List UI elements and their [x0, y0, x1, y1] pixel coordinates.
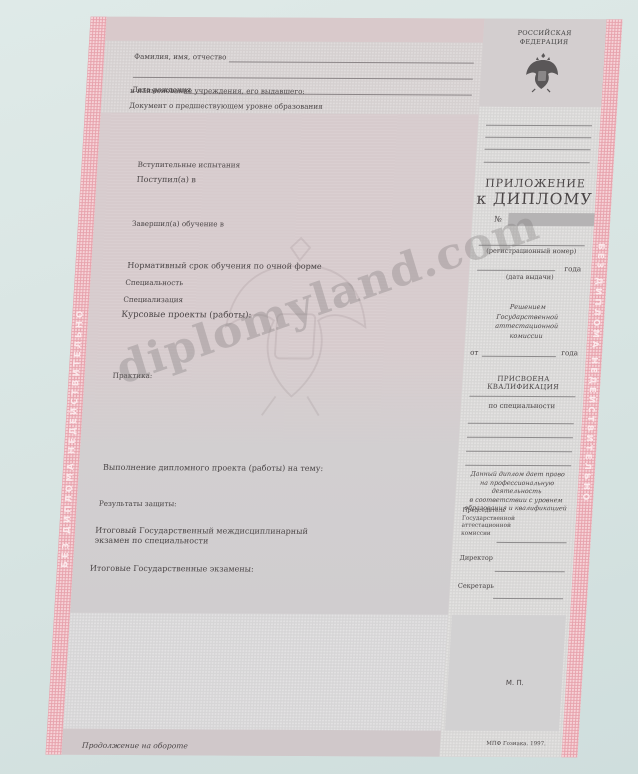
continued-note: Продолжение на обороте [82, 741, 188, 751]
final-exam-label: Итоговый Государственный междисциплинарн… [95, 526, 308, 536]
footer-band: Продолжение на обороте [62, 729, 441, 757]
emblem-header: РОССИЙСКАЯ ФЕДЕРАЦИЯ [479, 19, 606, 108]
document-title-line1: ПРИЛОЖЕНИЕ [474, 177, 597, 191]
seal-label: М. П. [506, 679, 524, 687]
director-label: Директор [459, 554, 493, 562]
specialty-label: Специальность [125, 278, 183, 287]
defense-results-label: Результаты защиты: [99, 499, 177, 508]
chairman-label: Председатель Государственной аттестацион… [461, 508, 516, 538]
full-name-field-line2[interactable] [133, 77, 473, 80]
decision-year-suffix: года [561, 348, 578, 357]
qualification-field[interactable] [469, 396, 575, 398]
eagle-watermark-icon [210, 231, 382, 422]
practice-label: Практика: [112, 371, 152, 380]
specialty-label-right: по специальности [461, 402, 583, 411]
decision-date-field[interactable] [482, 356, 556, 357]
graduated-label: Завершил(а) обучение в [132, 219, 224, 228]
diploma-project-label: Выполнение дипломного проекта (работы) н… [103, 463, 324, 473]
grades-table-area [63, 613, 448, 731]
number-prefix: № [494, 215, 502, 224]
seal-area: М. П. [445, 615, 566, 732]
issue-date-field[interactable] [477, 270, 555, 271]
full-name-label: Фамилия, имя, отчество [134, 52, 227, 61]
document-title-line2: к ДИПЛОМУ [473, 190, 596, 209]
previous-document-label: Документ о предшествующем уровне образов… [129, 101, 323, 111]
secretary-signature-field[interactable] [493, 598, 563, 599]
diploma-supplement-sheet: БЕЗ ДИПЛОМА НЕДЕЙСТВИТЕЛЬНО БЕЗ ДИПЛОМА … [46, 17, 623, 758]
personal-info-band: Фамилия, имя, отчество Дата рождения Док… [101, 41, 483, 115]
top-band [105, 17, 484, 43]
issue-date-caption: (дата выдачи) [469, 273, 591, 282]
main-band: и наименование учреждения, его выдавшего… [70, 113, 478, 615]
secretary-label: Секретарь [458, 582, 495, 590]
printer-note: МПФ Гознака. 1997. [486, 741, 546, 747]
previous-document-label-line2: и наименование учреждения, его выдавшего… [130, 86, 305, 96]
from-label: от [470, 348, 479, 357]
left-column: Фамилия, имя, отчество Дата рождения Док… [62, 17, 485, 757]
specialization-label: Специализация [123, 295, 183, 304]
qualification-label: ПРИСВОЕНА КВАЛИФИКАЦИЯ [462, 375, 585, 392]
issue-year-suffix: года [564, 264, 581, 273]
director-signature-field[interactable] [495, 571, 565, 572]
enrolled-label: Поступил(а) в [136, 175, 196, 184]
commission-decision-text: Решением Государственной аттестационной … [465, 303, 589, 342]
serial-number-field[interactable] [508, 213, 595, 226]
state-exams-label: Итоговые Государственные экзамены: [90, 564, 254, 574]
chairman-signature-field[interactable] [496, 542, 566, 543]
final-exam-label-line2: экзамен по специальности [94, 536, 208, 546]
registration-number-caption: (регистрационный номер) [470, 247, 592, 256]
normative-term-label: Нормативный срок обучения по очной форме [127, 261, 322, 271]
course-projects-label: Курсовые проекты (работы): [121, 310, 252, 321]
coat-of-arms-icon [523, 51, 562, 93]
entrance-exams-label: Вступительные испытания [137, 160, 240, 170]
country-name-line2: ФЕДЕРАЦИЯ [483, 38, 606, 48]
specialty-field-right[interactable] [468, 423, 574, 425]
full-name-field[interactable] [229, 61, 474, 63]
